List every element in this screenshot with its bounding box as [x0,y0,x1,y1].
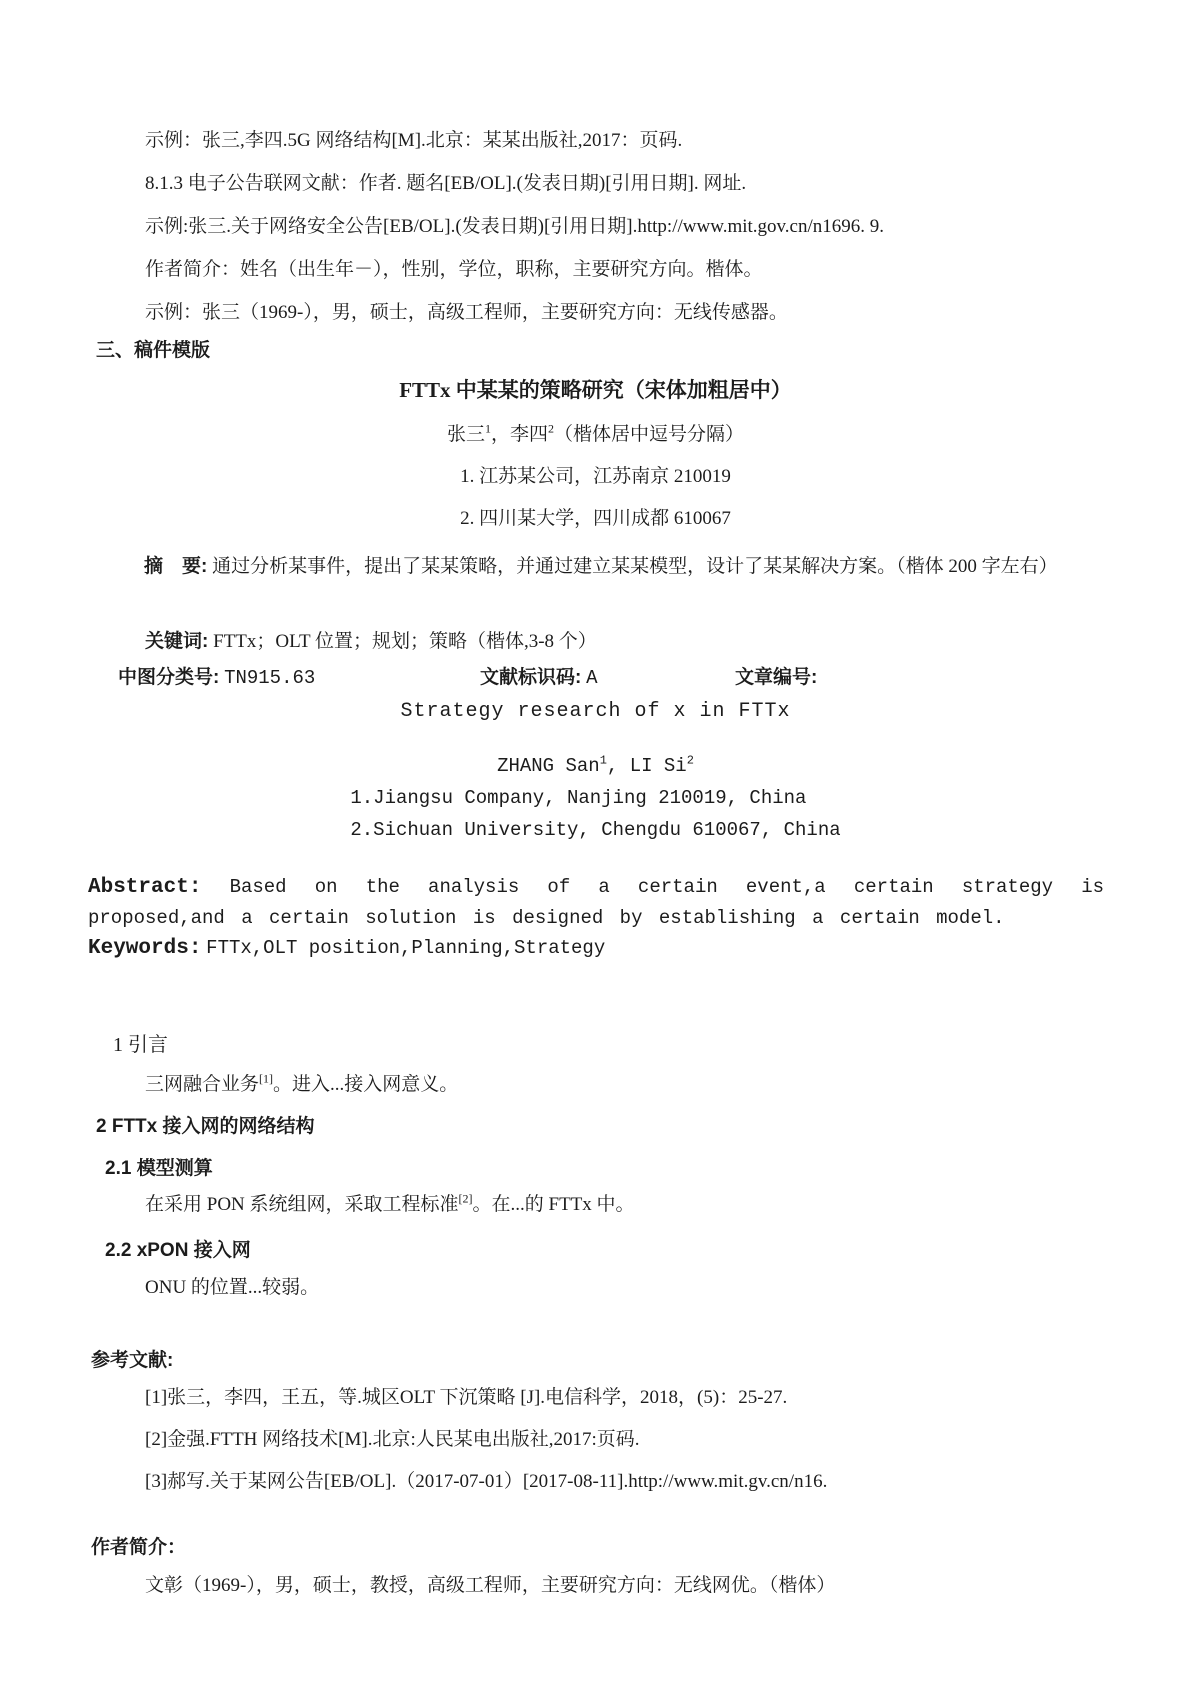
guideline-author-bio-rule: 作者简介：姓名（出生年－），性别，学位，职称，主要研究方向。楷体。 [145,256,763,283]
reference-item-3: [3]郝写.关于某网公告[EB/OL].（2017-07-01）[2017-08… [145,1468,827,1495]
abstract-cn: 摘 要: 通过分析某事件，提出了某某策略，并通过建立某某模型，设计了某某解决方案… [88,546,1104,588]
affiliations-en: 1.Jiangsu Company, Nanjing 210019, China… [0,782,1191,846]
keywords-en: Keywords: FTTx,OLT position,Planning,Str… [88,934,605,962]
affiliation-en-1: 1.Jiangsu Company, Nanjing 210019, China [350,787,806,809]
keywords-en-label: Keywords: [88,937,201,960]
affiliations-en-block: 1.Jiangsu Company, Nanjing 210019, China… [350,782,840,846]
abstract-cn-label: 摘 要: [144,556,207,577]
abstract-en: Abstract: Based on the analysis of a cer… [88,872,1104,934]
section-2-2-heading: 2.2 xPON 接入网 [105,1237,251,1264]
authors-cn-note: （楷体居中逗号分隔） [554,424,744,445]
citation-mark-2: [2] [459,1192,473,1206]
clc-number: 中图分类号: TN915.63 [118,664,315,692]
references-heading: 参考文献: [91,1347,173,1374]
article-id-label: 文章编号: [735,667,817,688]
keywords-cn-label: 关键词: [145,631,208,652]
guideline-example-2: 示例:张三.关于网络安全公告[EB/OL].(发表日期)[引用日期].http:… [145,213,884,240]
paper-title-cn: FTTx 中某某的策略研究（宋体加粗居中） [0,377,1191,404]
author-en-1-affil-mark: 1 [600,754,607,768]
document-page: 示例：张三,李四.5G 网络结构[M].北京：某某出版社,2017：页码. 8.… [0,0,1191,1684]
affiliation-cn-1: 1. 江苏某公司，江苏南京 210019 [0,463,1191,490]
keywords-cn-text: FTTx；OLT 位置；规划；策略（楷体,3-8 个） [213,631,597,652]
authors-cn-separator: ， [491,424,510,445]
abstract-cn-text: 通过分析某事件，提出了某某策略，并通过建立某某模型，设计了某某解决方案。（楷体 … [212,556,1058,577]
section-2-1-heading: 2.1 模型测算 [105,1155,213,1182]
authors-cn: 张三1，李四2（楷体居中逗号分隔） [0,421,1191,448]
section-2-1-paragraph: 在采用 PON 系统组网，采取工程标准[2]。在...的 FTTx 中。 [145,1191,635,1218]
section-2-2-paragraph: ONU 的位置...较弱。 [145,1274,319,1301]
author-en-1: ZHANG San [497,755,600,777]
section-1-heading: 1 引言 [113,1032,168,1059]
affiliation-en-2: 2.Sichuan University, Chengdu 610067, Ch… [350,819,840,841]
article-id: 文章编号: [735,664,817,691]
author-cn-2: 李四 [510,424,548,445]
author-cn-1: 张三 [447,424,485,445]
section-heading-template: 三、稿件模版 [96,337,210,364]
affiliation-cn-2: 2. 四川某大学，四川成都 610067 [0,505,1191,532]
keywords-en-text: FTTx,OLT position,Planning,Strategy [206,937,605,959]
document-code-label: 文献标识码: [480,667,581,688]
abstract-en-text: Based on the analysis of a certain event… [88,876,1104,929]
author-bio-text: 文彰（1969-），男，硕士，教授，高级工程师，主要研究方向：无线网优。（楷体） [145,1572,835,1599]
keywords-cn: 关键词: FTTx；OLT 位置；规划；策略（楷体,3-8 个） [145,628,597,655]
section-2-heading: 2 FTTx 接入网的网络结构 [96,1113,315,1140]
author-bio-heading: 作者简介： [91,1534,186,1561]
authors-en-separator: , [607,755,630,777]
section-2-1-text-pre: 在采用 PON 系统组网，采取工程标准 [145,1194,459,1215]
guideline-example-1: 示例：张三,李四.5G 网络结构[M].北京：某某出版社,2017：页码. [145,127,682,154]
document-code-value: A [586,667,597,689]
clc-label: 中图分类号: [118,667,219,688]
section-1-text-pre: 三网融合业务 [145,1074,259,1095]
reference-item-1: [1]张三，李四，王五，等.城区OLT 下沉策略 [J].电信科学，2018，(… [145,1384,787,1411]
document-code: 文献标识码: A [480,664,597,692]
clc-value: TN915.63 [224,667,315,689]
paper-title-en: Strategy research of x in FTTx [0,698,1191,725]
section-1-text-post: 。进入...接入网意义。 [273,1074,458,1095]
author-en-2-affil-mark: 2 [687,754,694,768]
citation-mark-1: [1] [259,1072,273,1086]
section-1-paragraph: 三网融合业务[1]。进入...接入网意义。 [145,1071,458,1098]
abstract-en-label: Abstract: [88,876,201,899]
author-en-2: LI Si [630,755,687,777]
authors-en: ZHANG San1, LI Si2 [0,753,1191,780]
guideline-example-3: 示例：张三（1969-），男，硕士，高级工程师，主要研究方向：无线传感器。 [145,299,788,326]
section-2-1-text-post: 。在...的 FTTx 中。 [473,1194,635,1215]
guideline-rule-813: 8.1.3 电子公告联网文献：作者. 题名[EB/OL].(发表日期)[引用日期… [145,170,746,197]
reference-item-2: [2]金强.FTTH 网络技术[M].北京:人民某电出版社,2017:页码. [145,1426,640,1453]
